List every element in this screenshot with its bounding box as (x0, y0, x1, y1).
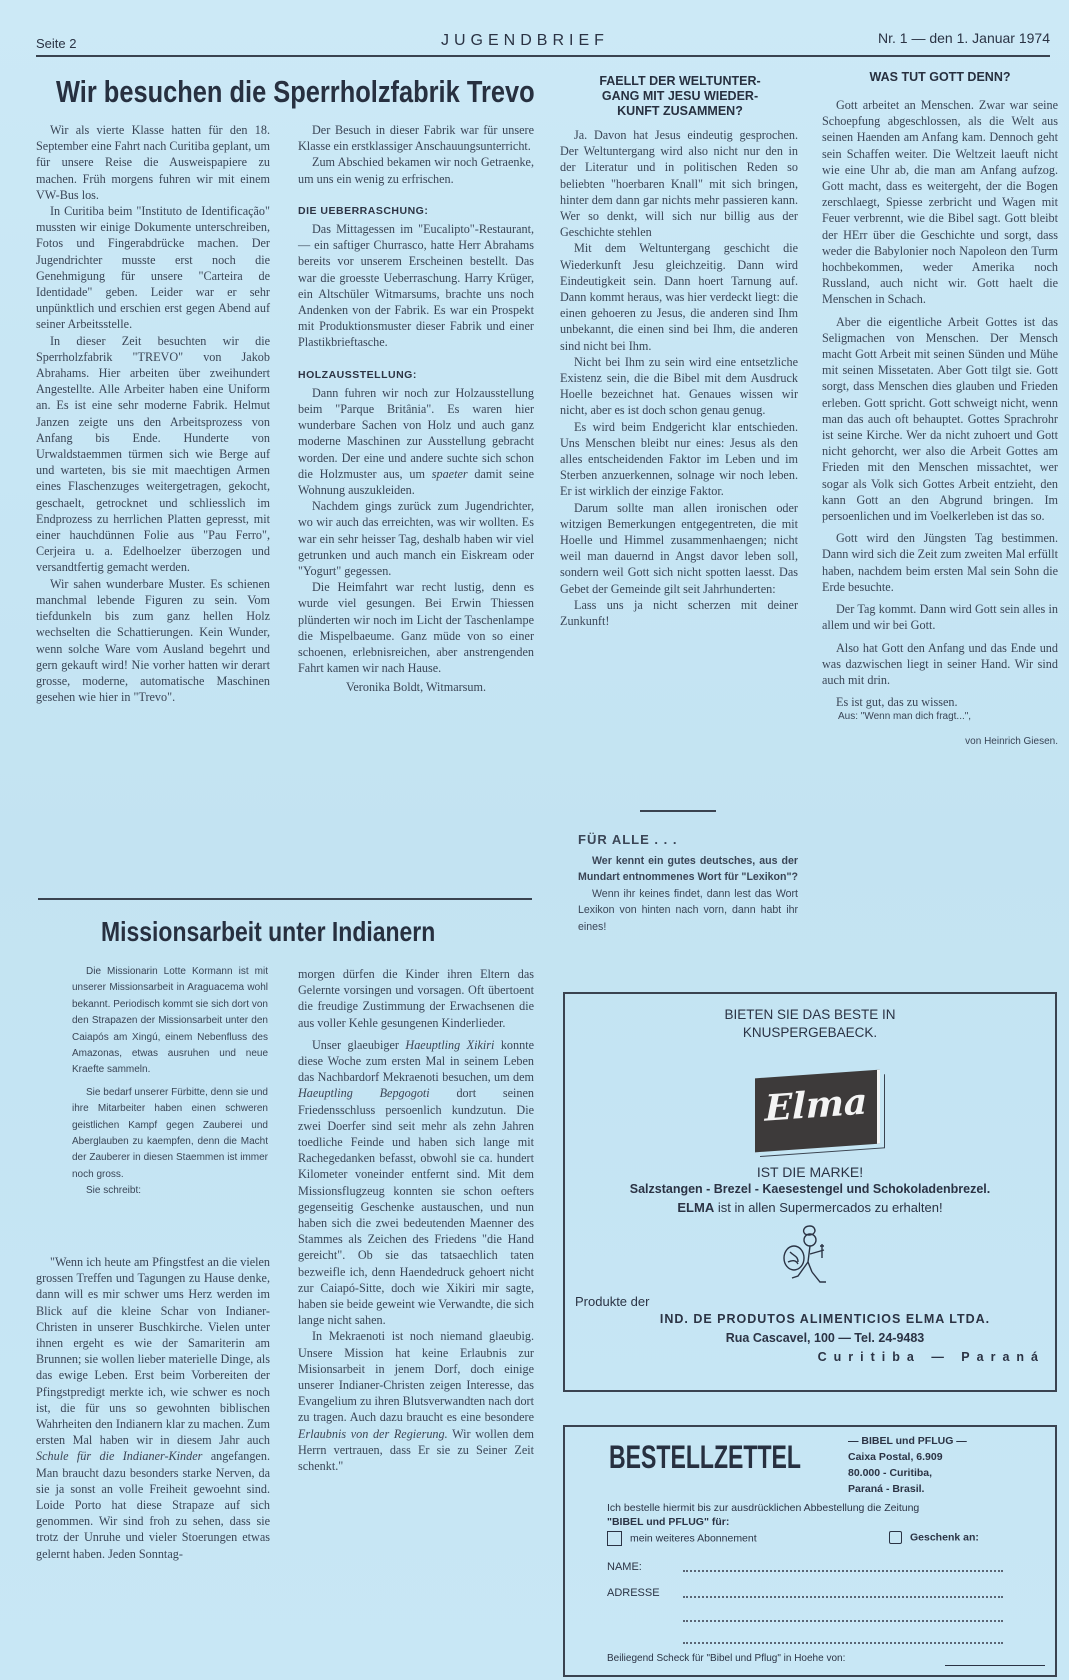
paragraph: Gott arbeitet an Menschen. Zwar war sein… (822, 97, 1058, 308)
paragraph: Die Missionarin Lotte Kormann ist mit un… (72, 964, 268, 1079)
paragraph: Sie bedarf unserer Fürbitte, denn sie un… (72, 1085, 268, 1183)
article-missionsarbeit-col1: "Wenn ich heute am Pfingstfest an die vi… (36, 1254, 270, 1562)
page-header: Seite 2 JUGENDBRIEF Nr. 1 — den 1. Janua… (36, 30, 1050, 52)
paragraph: Die Heimfahrt war recht lustig, denn es … (298, 579, 534, 676)
address-field-line-3[interactable] (683, 1641, 1003, 1644)
elma-advertisement: BIETEN SIE DAS BESTE IN KNUSPERGEBAECK. … (563, 992, 1057, 1392)
gift-checkbox[interactable] (889, 1531, 902, 1544)
ad-slogan: IST DIE MARKE! (565, 1164, 1055, 1180)
ad-availability: ELMA ist in allen Supermercados zu erhal… (565, 1200, 1055, 1215)
company-address: Rua Cascavel, 100 — Tel. 24-9483 (565, 1331, 1055, 1345)
fuer-alle-answer: Wenn ihr keines findet, dann lest das Wo… (578, 886, 798, 936)
paragraph: Es ist gut, das zu wissen. (822, 694, 1058, 710)
paragraph: In dieser Zeit besuchten wir die Sperrho… (36, 333, 270, 576)
article-title-was-tut-gott: WAS TUT GOTT DENN? (822, 70, 1058, 85)
paragraph: morgen dürfen die Kinder ihren Eltern da… (298, 966, 534, 1031)
section-divider (38, 898, 532, 900)
article-missionsarbeit-col2: morgen dürfen die Kinder ihren Eltern da… (298, 966, 534, 1474)
paragraph: Sie schreibt: (72, 1183, 268, 1199)
publisher-address: — BIBEL und PFLUG — Caixa Postal, 6.909 … (848, 1433, 967, 1497)
order-text: Ich bestelle hiermit bis zur ausdrücklic… (607, 1501, 919, 1529)
paragraph: Es wird beim Endgericht klar entschieden… (560, 419, 798, 500)
address-field-line-1[interactable] (683, 1595, 1003, 1598)
paragraph: Nicht bei Ihm zu sein wird eine entsetzl… (560, 354, 798, 419)
fuer-alle-box: FÜR ALLE . . . Wer kennt ein gutes deuts… (578, 832, 798, 936)
paragraph: Lass uns ja nicht scherzen mit deiner Zu… (560, 597, 798, 629)
paragraph: Zum Abschied bekamen wir noch Getraenke,… (298, 154, 534, 186)
source-author: von Heinrich Giesen. (822, 735, 1058, 748)
check-amount-field[interactable] (945, 1665, 1045, 1666)
section-divider (640, 810, 716, 812)
paragraph: Gott wird den Jüngsten Tag bestimmen. Da… (822, 530, 1058, 595)
article-title-missionsarbeit: Missionsarbeit unter Indianern (101, 916, 435, 948)
paragraph: Unser glaeubiger Haeuptling Xikiri konnt… (298, 1037, 534, 1329)
paragraph: In Mekraenoti ist noch niemand glaeubig.… (298, 1328, 534, 1474)
company-city: Curitiba — Paraná (818, 1350, 1045, 1364)
order-form: BESTELLZETTEL — BIBEL und PFLUG — Caixa … (563, 1425, 1057, 1677)
header-rule (36, 55, 1050, 57)
paragraph: Aber die eigentliche Arbeit Gottes ist d… (822, 314, 1058, 525)
paragraph: Darum sollte man allen ironischen oder w… (560, 500, 798, 597)
article-missionsarbeit-intro: Die Missionarin Lotte Kormann ist mit un… (72, 964, 268, 1200)
paragraph: Mit dem Weltuntergang geschicht die Wied… (560, 240, 798, 353)
article-trevo-col2: Der Besuch in dieser Fabrik war für unse… (298, 122, 534, 695)
paragraph: "Wenn ich heute am Pfingstfest an die vi… (36, 1254, 270, 1562)
article-title-trevo: Wir besuchen die Sperrholzfabrik Trevo (56, 74, 535, 110)
name-label: NAME: (607, 1561, 642, 1573)
author-signature: Veronika Boldt, Witmarsum. (298, 679, 534, 695)
paragraph: Wir als vierte Klasse hatten für den 18.… (36, 122, 270, 203)
fuer-alle-question: Wer kennt ein gutes deutsches, aus der M… (578, 853, 798, 886)
elma-logo: Elma (755, 1070, 880, 1153)
address-label: ADRESSE (607, 1587, 660, 1599)
address-field-line-2[interactable] (683, 1619, 1003, 1622)
article-was-tut-gott-body: Gott arbeitet an Menschen. Zwar war sein… (822, 97, 1058, 748)
paragraph: Wir sahen wunderbare Muster. Es schienen… (36, 576, 270, 706)
paragraph: Dann fuhren wir noch zur Holzausstellung… (298, 385, 534, 498)
subscription-option[interactable]: mein weiteres Abonnement (607, 1531, 757, 1546)
paragraph: Also hat Gott den Anfang und das Ende un… (822, 640, 1058, 689)
ad-products: Salzstangen - Brezel - Kaesestengel und … (565, 1182, 1055, 1196)
subheading-ueberraschung: DIE UEBERRASCHUNG: (298, 203, 534, 219)
baker-mascot-icon (780, 1222, 840, 1292)
paragraph: Ja. Davon hat Jesus eindeutig gesprochen… (560, 127, 798, 240)
paragraph: Der Tag kommt. Dann wird Gott sein alles… (822, 601, 1058, 633)
subscription-checkbox[interactable] (607, 1531, 622, 1546)
fuer-alle-title: FÜR ALLE . . . (578, 832, 798, 849)
company-name: IND. DE PRODUTOS ALIMENTICIOS ELMA LTDA. (565, 1312, 1055, 1326)
producer-label: Produkte der (575, 1294, 649, 1309)
page-number: Seite 2 (36, 36, 76, 51)
name-field[interactable] (683, 1569, 1003, 1572)
article-title-weltuntergang: FAELLT DER WELTUNTER- GANG MIT JESU WIED… (560, 74, 800, 119)
paragraph: In Curitiba beim "Instituto de Identific… (36, 203, 270, 333)
article-trevo-col1: Wir als vierte Klasse hatten für den 18.… (36, 122, 270, 705)
ad-headline: BIETEN SIE DAS BESTE IN KNUSPERGEBAECK. (565, 1006, 1055, 1042)
gift-option[interactable]: Geschenk an: (889, 1531, 979, 1544)
newspaper-page: Seite 2 JUGENDBRIEF Nr. 1 — den 1. Janua… (0, 0, 1069, 1680)
subheading-holzausstellung: HOLZAUSSTELLUNG: (298, 367, 534, 383)
article-weltuntergang-body: Ja. Davon hat Jesus eindeutig gesprochen… (560, 127, 798, 629)
paragraph: Der Besuch in dieser Fabrik war für unse… (298, 122, 534, 154)
check-amount-label: Beiliegend Scheck für "Bibel und Pflug" … (607, 1653, 845, 1664)
paragraph: Das Mittagessen im "Eucalipto"-Restauran… (298, 221, 534, 351)
issue-date: Nr. 1 — den 1. Januar 1974 (878, 30, 1050, 46)
order-form-title: BESTELLZETTEL (609, 1439, 801, 1476)
source-citation: Aus: "Wenn man dich fragt...", (822, 710, 1058, 723)
masthead: JUGENDBRIEF (441, 32, 609, 50)
paragraph: Nachdem gings zurück zum Jugendrichter, … (298, 498, 534, 579)
